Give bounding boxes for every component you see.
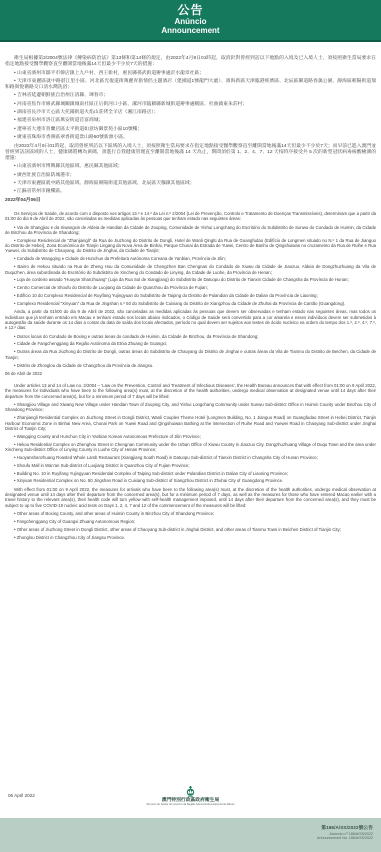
header-banner: 公告 Anúncio Announcement (0, 0, 381, 42)
en-intro-paragraph: Under articles 13 and 14 of Law no. 2/20… (5, 383, 376, 399)
reference-number-english: Announcement No. 186/A/SS/2022 (0, 836, 373, 840)
pt-area-item: Complexo Residencial de "Zhanjiangli" da… (5, 238, 376, 254)
cn-area-item: 江蘇省常州市鐘樓區。 (5, 189, 376, 195)
pt-self-management-areas-list: Outros locais do Condado de Boxing e out… (5, 334, 376, 368)
cn-area-item: 廣西壯族自治區防城港市； (5, 173, 376, 179)
pt-area-item: Edifício 10 do Complexo Residencial de R… (5, 293, 376, 298)
pt-area-item: Condado de Wangqing e Cidade de Hunchun … (5, 256, 376, 261)
org-name-portuguese: Serviços de Saúde do Governo da Região A… (0, 803, 381, 806)
title-english: Announcement (0, 26, 381, 35)
footer-reference-bar: 第186/A/SS/2022號公告 Anúncio n.º 186/A/SS/2… (0, 818, 381, 852)
cn-area-item: 遼寧省大連市普蘭店區太平街道如意坊御景苑小區10號樓； (5, 127, 376, 133)
cn-area-item: 吉林省延邊朝鮮族自治州汪清縣、琿春市； (5, 93, 376, 99)
signature-strip: 06 April 2022 澳門特別行政區政府衛生局 Serviços de S… (0, 786, 381, 818)
en-area-item: Other areas of Jiuzhong Street in Dongli… (5, 527, 376, 532)
health-bureau-seal: 澳門特別行政區政府衛生局 Serviços de Saúde do Govern… (0, 786, 381, 807)
pt-area-item: Loja de cordeiro assado "Huoyan Shanzhua… (5, 277, 376, 282)
en-area-item: Hekou Residential Complex on Zhenghou St… (5, 442, 376, 453)
cn-area-item: 河南省焦作市修武縣城關鎮城南社區正后街河口小區、漯河市臨潁縣新城街道辦事處轄區、… (5, 102, 376, 108)
cn-area-item: 山東省濱州市博興縣其他區域、惠民縣其他區域； (5, 164, 376, 170)
pt-area-item: Distrito de Zhonglou da Cidade de Changz… (5, 363, 376, 368)
cn-intro-paragraph: 衛生局根據第2/2004號法律《傳染病防治法》第13條和第14條的規定，由202… (5, 56, 376, 68)
section-english: Under articles 13 and 14 of Law no. 2/20… (5, 383, 376, 540)
en-second-paragraph: With effect from 01:00 on 9 April 2022, … (5, 487, 376, 508)
en-area-item: Zhonglou District in Changzhou City of J… (5, 535, 376, 540)
en-area-item: Building No. 10 in Ruyifang Yujingyuan R… (5, 471, 376, 476)
cn-area-item: 廣東省珠海市香洲區翠香街道景山路50號新源小區。 (5, 135, 376, 141)
en-area-item: Huoyanshanzhuang Roasted Whole Lamb Rest… (5, 455, 376, 460)
section-portuguese: Os Serviços de Saúde, de acordo com o di… (5, 211, 376, 376)
cn-area-item: 天津市東麗區就中路其他區域、靜海區朝陽街道其他區域、北辰區天穆鎮其他區域； (5, 181, 376, 187)
en-area-item: Other areas of Boxing County, and other … (5, 511, 376, 516)
pt-area-item: Centro Comercial de Shoufu do Distrito d… (5, 285, 376, 290)
en-area-item: Zhanjiangli Residential Complex on Jiuzh… (5, 415, 376, 431)
pt-second-paragraph: Ainda, a partir da 01h00 do dia 9 de Abr… (5, 309, 376, 330)
pt-area-item: Complexo Residencial "Xinyuan" da Rua de… (5, 301, 376, 306)
en-lifted-areas-list: Shangjiou Village and Xiwang New Village… (5, 402, 376, 484)
cn-area-item: 山東省濱州市鄒平市韓店鎮上九戶村、西王新村，惠民縣孫武街道辦事處沂水龍章社區； (5, 71, 376, 77)
title-chinese: 公告 (0, 4, 381, 17)
section-chinese: 衛生局根據第2/2004號法律《傳染病防治法》第13條和第14條的規定，由202… (5, 56, 376, 204)
cn-date: 2022年04月06日 (5, 198, 376, 204)
title-portuguese: Anúncio (0, 17, 381, 26)
cn-second-paragraph: 由2022年4月9日01時起，取消曾經到訪以下區域的入境人士，須按照衛生當局要求… (5, 144, 376, 161)
cn-area-item: 天津市東麗區就中路湛江里小區、河北區光復道街萬麗青旅情侶主題酒店（建國道1號龍門… (5, 79, 376, 91)
document-body: 衛生局根據第2/2004號法律《傳染病防治法》第13條和第14條的規定，由202… (0, 42, 381, 540)
cn-area-item: 湖南省長沙市天心區大托鋪街道火焰山莊烤全羊店（湘江南路店）； (5, 110, 376, 116)
announcement-page: 公告 Anúncio Announcement 衛生局根據第2/2004號法律《… (0, 0, 381, 852)
pt-intro-paragraph: Os Serviços de Saúde, de acordo com o di… (5, 211, 376, 222)
en-self-management-areas-list: Other areas of Boxing County, and other … (5, 511, 376, 540)
en-area-item: Wangqing County and Hunchun City in Yanb… (5, 434, 376, 439)
pt-date: 06 de Abril de 2022 (5, 371, 376, 376)
pt-area-item: Bairro de Hekou situado na Rua de Zheng … (5, 264, 376, 275)
cn-area-item: 福建省泉州市洛江區萬安街道首富商城； (5, 118, 376, 124)
cn-lifted-areas-list: 山東省濱州市鄒平市韓店鎮上九戶村、西王新村，惠民縣孫武街道辦事處沂水龍章社區；天… (5, 71, 376, 141)
pt-area-item: Outros locais do Condado de Boxing e out… (5, 334, 376, 339)
en-area-item: Fangchenggang City of Guangxi Zhuang Aut… (5, 519, 376, 524)
pt-lifted-areas-list: Via de Shangjiou e da Xiwangxin de Aldei… (5, 225, 376, 307)
en-area-item: Shoufu Mall in Wan'an Sub-district of Lu… (5, 463, 376, 468)
cn-self-management-areas-list: 山東省濱州市博興縣其他區域、惠民縣其他區域；廣西壯族自治區防城港市；天津市東麗區… (5, 164, 376, 195)
en-area-item: Xinyuan Residential Complex on No. 50 Ji… (5, 478, 376, 483)
pt-area-item: Via de Shangjiou e da Xiwangxin de Aldei… (5, 225, 376, 236)
pt-area-item: Outras áreas da Rua Jiuzhong do Distrito… (5, 349, 376, 360)
health-bureau-logo-icon (185, 786, 196, 797)
pt-area-item: Cidade de Fangchenggang da Região Autóno… (5, 341, 376, 346)
en-area-item: Shangjiou Village and Xiwang New Village… (5, 402, 376, 413)
